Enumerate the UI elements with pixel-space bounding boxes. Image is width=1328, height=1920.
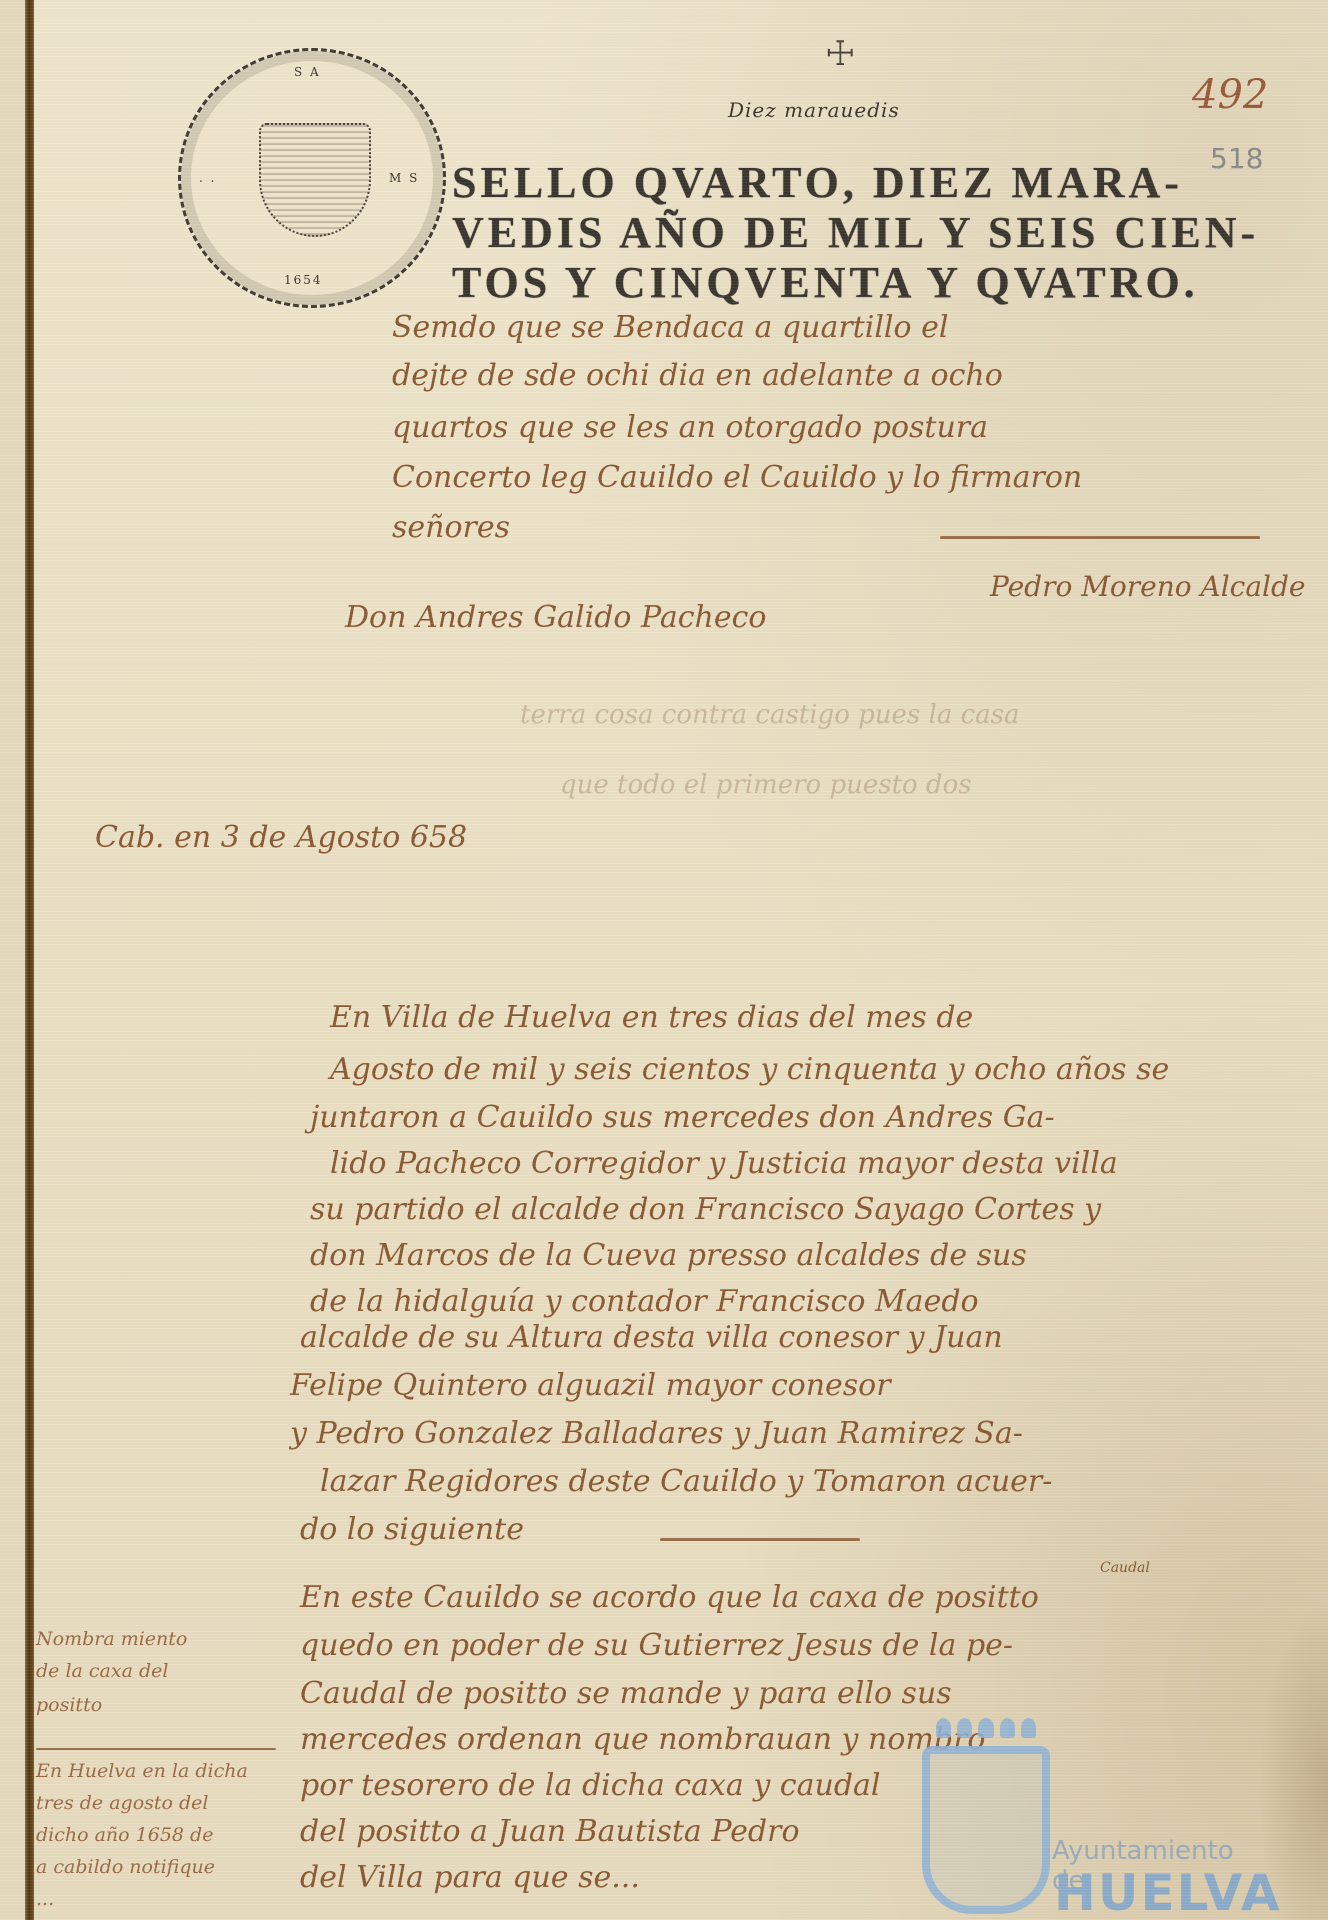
margin-divider [36, 1748, 276, 1750]
margin-note-line: tres de agosto del [36, 1792, 208, 1814]
margin-note-line: dicho año 1658 de [36, 1824, 213, 1846]
text-line: En este Cauildo se acordo que la caxa de… [300, 1580, 1039, 1615]
text-line: Semdo que se Bendaca a quartillo el [392, 310, 948, 345]
stamp-title: SELLO QVARTO, DIEZ MARA- VEDIS AÑO DE MI… [452, 158, 1212, 308]
text-line: quedo en poder de su Gutierrez Jesus de … [300, 1628, 1013, 1663]
text-line: don Marcos de la Cueva presso alcaldes d… [310, 1238, 1027, 1273]
text-line: de la hidalguía y contador Francisco Mae… [310, 1284, 979, 1319]
text-line: y Pedro Gonzalez Balladares y Juan Ramir… [290, 1416, 1023, 1451]
cross-icon: ☩ [825, 34, 855, 74]
crown-icon [936, 1718, 1036, 1748]
margin-note-line: positto [36, 1694, 102, 1716]
margin-note-line: a cabildo notifique [36, 1856, 215, 1878]
archive-watermark: Ayuntamiento de HUELVA [922, 1718, 1242, 1908]
margin-note-line: de la caxa del [36, 1660, 168, 1682]
signature-left: Don Andres Galido Pacheco [345, 600, 767, 635]
stamp-title-line: VEDIS AÑO DE MIL Y SEIS CIEN- [452, 208, 1212, 258]
margin-note-line: ... [36, 1888, 54, 1910]
line-filler-stroke [660, 1538, 860, 1541]
margin-note-line: Nombra miento [36, 1628, 187, 1650]
margin-note-line: En Huelva en la dicha [36, 1760, 248, 1782]
adjacent-page-edge [0, 0, 26, 1920]
bleed-through-text: que todo el primero puesto dos [560, 770, 972, 800]
huelva-shield-icon [922, 1746, 1050, 1914]
bleed-through-text: terra cosa contra castigo pues la casa [520, 700, 1019, 730]
folio-number-pencil: 518 [1210, 142, 1263, 175]
text-line: por tesorero de la dicha caxa y caudal [300, 1768, 881, 1803]
text-line: Felipe Quintero alguazil mayor conesor [290, 1368, 891, 1403]
text-line: su partido el alcalde don Francisco Saya… [310, 1192, 1101, 1227]
text-line: alcalde de su Altura desta villa conesor… [300, 1320, 1003, 1355]
entry-heading-date: Cab. en 3 de Agosto 658 [95, 820, 467, 855]
folio-number-ink: 492 [1192, 72, 1268, 118]
stamp-title-line: SELLO QVARTO, DIEZ MARA- [452, 158, 1212, 208]
text-line: del Villa para que se... [300, 1860, 640, 1895]
text-line: En Villa de Huelva en tres dias del mes … [330, 1000, 973, 1035]
seal-year: 1654 [284, 273, 323, 287]
text-line: do lo siguiente [300, 1512, 524, 1547]
text-line: dejte de sde ochi dia en adelante a ocho [392, 358, 1003, 393]
stamp-title-line: TOS Y CINQVENTA Y QVATRO. [452, 258, 1212, 308]
stamp-subtitle: Diez marauedis [728, 98, 900, 122]
coat-of-arms-icon [259, 123, 371, 237]
text-line: Concerto leg Cauildo el Cauildo y lo fir… [392, 460, 1082, 495]
text-line: juntaron a Cauildo sus mercedes don Andr… [310, 1100, 1055, 1135]
text-line: quartos que se les an otorgado postura [392, 410, 988, 445]
line-filler-stroke [940, 536, 1260, 539]
seal-top-text: S A [294, 65, 321, 79]
seal-right-text: M S [389, 171, 419, 185]
watermark-line2: HUELVA [1054, 1864, 1282, 1920]
text-line: del positto a Juan Bautista Pedro [300, 1814, 800, 1849]
text-line: lido Pacheco Corregidor y Justicia mayor… [330, 1146, 1118, 1181]
binding-spine [25, 0, 34, 1920]
small-annotation: Caudal [1100, 1560, 1150, 1576]
text-line: señores [392, 510, 510, 545]
royal-seal-stamp: S A . . M S 1654 [178, 48, 446, 308]
signature-right: Pedro Moreno Alcalde [990, 570, 1306, 603]
text-line: lazar Regidores deste Cauildo y Tomaron … [320, 1464, 1052, 1499]
seal-left-text: . . [199, 171, 216, 185]
text-line: Agosto de mil y seis cientos y cinquenta… [330, 1052, 1169, 1087]
text-line: mercedes ordenan que nombrauan y nombro [300, 1722, 985, 1757]
manuscript-page: S A . . M S 1654 ☩ Diez marauedis SELLO … [0, 0, 1328, 1920]
text-line: Caudal de positto se mande y para ello s… [300, 1676, 952, 1711]
